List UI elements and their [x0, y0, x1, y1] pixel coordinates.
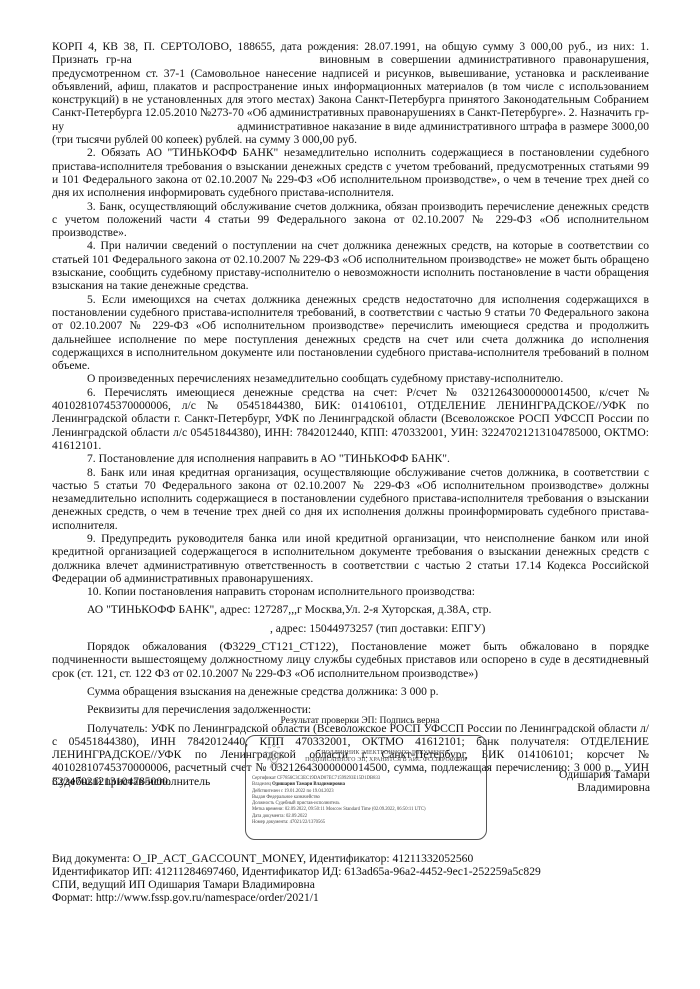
item-2: 2. Обязать АО "ТИНЬКОФФ БАНК" незамедлит…: [52, 146, 649, 199]
signer-role: Судебный пристав-исполнитель: [52, 775, 210, 788]
recipient-debtor: , адрес: 15044973257 (тип доставки: ЕПГУ…: [52, 622, 649, 635]
sum-line: Сумма обращения взыскания на денежные ср…: [52, 685, 649, 698]
recipient-bank: АО "ТИНЬКОФФ БАНК", адрес: 127287,,,г Мо…: [52, 603, 649, 616]
signer-name: Одишария Тамари Владимировна: [540, 768, 650, 794]
item-8: 8. Банк или иная кредитная организация, …: [52, 466, 649, 532]
item-10: 10. Копии постановления направить сторон…: [52, 585, 649, 598]
stamp-title-line-1: ПОДЛИННИК ЭЛЕКТРОННОГО ДОКУМЕНТА,: [286, 750, 486, 757]
intro-paragraph: КОРП 4, КВ 38, П. СЕРТОЛОВО, 188655, дат…: [52, 40, 649, 146]
e-signature-stamp: ПОДЛИННИК ЭЛЕКТРОННОГО ДОКУМЕНТА, ПОДПИС…: [245, 735, 487, 840]
signer-name-line-1: Одишария Тамари: [540, 768, 650, 781]
double-headed-eagle-icon: [260, 742, 288, 770]
meta-identifiers: Идентификатор ИП: 41211284697460, Иденти…: [52, 865, 541, 878]
appeal-procedure: Порядок обжалования (Ф3229_СТ121_СТ122),…: [52, 640, 649, 680]
meta-format: Формат: http://www.fssp.gov.ru/namespace…: [52, 891, 541, 904]
signature-check-result: Результат проверки ЭП: Подпись верна: [240, 716, 480, 726]
meta-officer: СПИ, ведущий ИП Одишария Тамари Владимир…: [52, 878, 541, 891]
item-6: 6. Перечислять имеющиеся денежные средст…: [52, 386, 649, 452]
requisites-label: Реквизиты для перечисления задолженности…: [52, 703, 649, 716]
meta-doc-type: Вид документа: O_IP_ACT_GACCOUNT_MONEY, …: [52, 852, 541, 865]
intro-text-end: административное наказание в виде админи…: [52, 120, 649, 146]
document-metadata: Вид документа: O_IP_ACT_GACCOUNT_MONEY, …: [52, 852, 541, 904]
item-9: 9. Предупредить руководителя банка или и…: [52, 532, 649, 585]
item-4: 4. При наличии сведений о поступлении на…: [52, 239, 649, 292]
stamp-title-line-2: ПОДПИСАННОГО ЭП, ХРАНИТСЯ В АИС ФССП РОС…: [286, 757, 486, 764]
doc-number-line: Номер документа: 47021/22/1370565: [252, 820, 484, 826]
item-5: 5. Если имеющихся на счетах должника ден…: [52, 293, 649, 373]
stamp-title: ПОДЛИННИК ЭЛЕКТРОННОГО ДОКУМЕНТА, ПОДПИС…: [286, 750, 486, 764]
document-body: КОРП 4, КВ 38, П. СЕРТОЛОВО, 188655, дат…: [52, 40, 649, 788]
item-7: 7. Постановление для исполнения направит…: [52, 452, 649, 465]
item-3: 3. Банк, осуществляющий обслуживание сче…: [52, 200, 649, 240]
stamp-details: Сертификат CF7856C3C3EC19DAD07EC71599293…: [252, 776, 484, 826]
transfer-notice: О произведенных перечислениях незамедлит…: [52, 372, 649, 385]
signer-name-line-2: Владимировна: [540, 781, 650, 794]
